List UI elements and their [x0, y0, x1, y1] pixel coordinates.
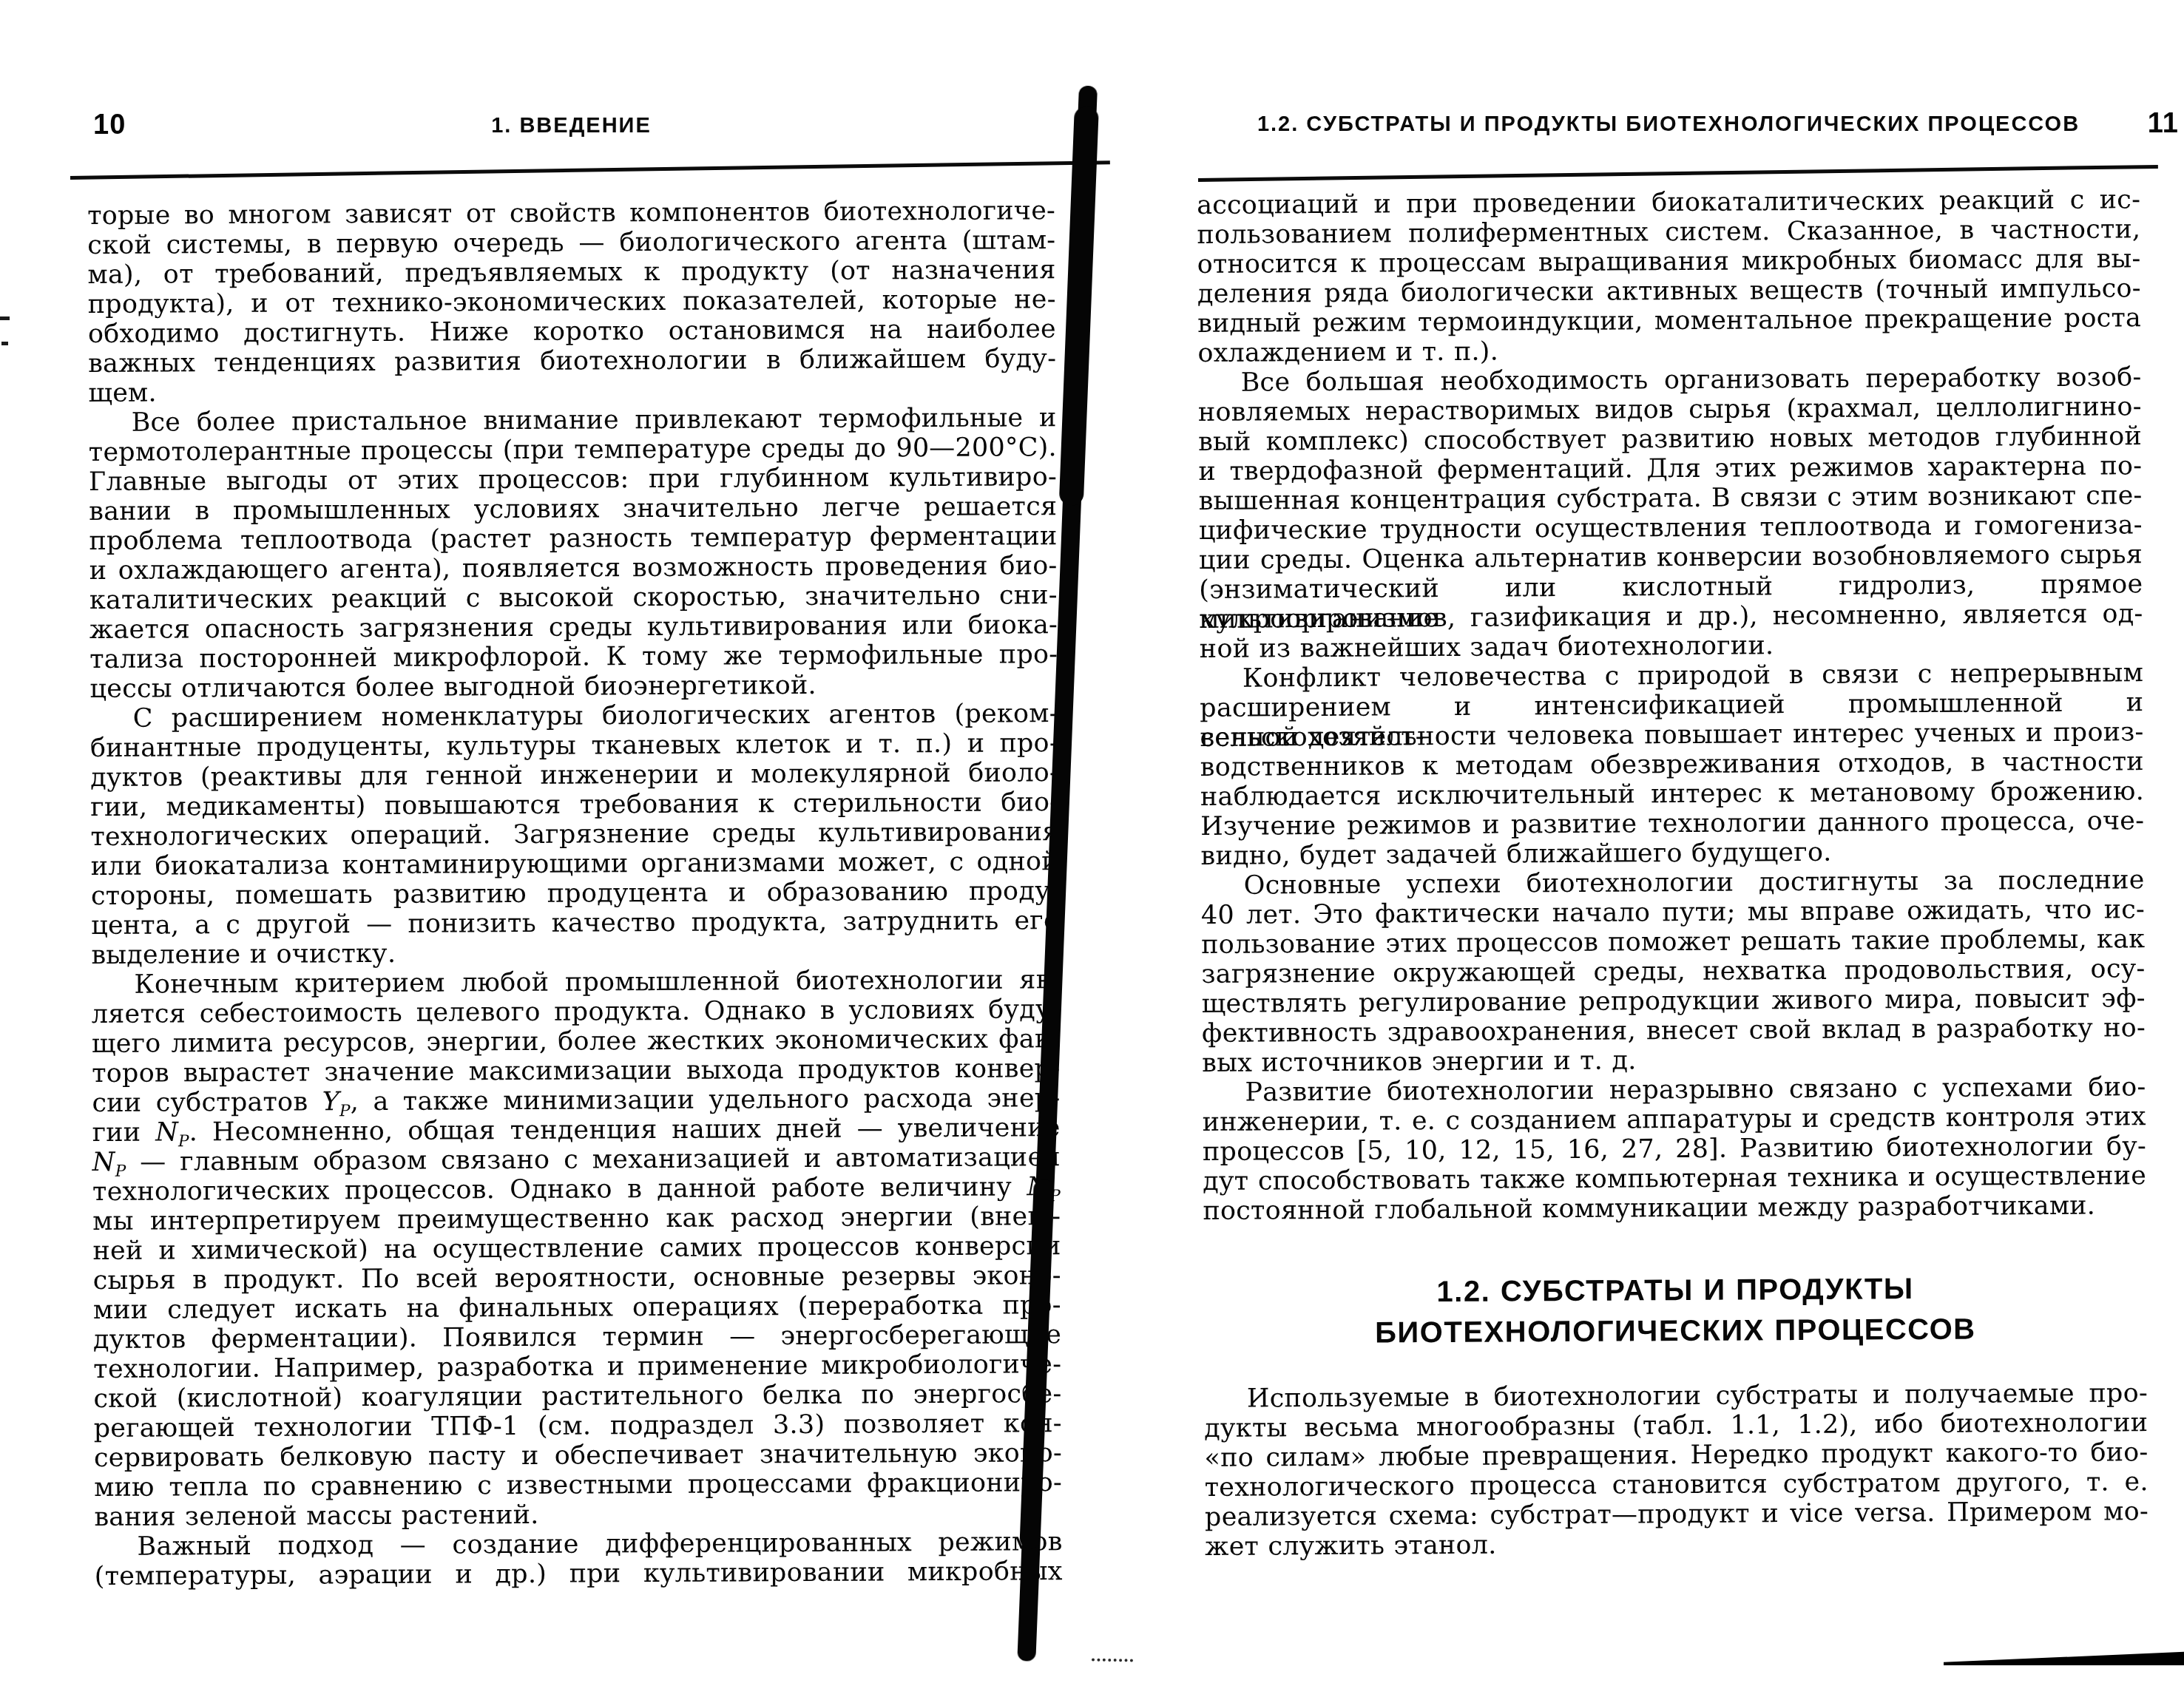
- text-line: микроорганизмов, газификация и др.), нес…: [1199, 599, 2143, 634]
- text-line: щем.: [88, 373, 1056, 408]
- text-line: тализа посторонней микрофлорой. К тому ж…: [89, 640, 1058, 674]
- text-line: торые во многом зависят от свойств компо…: [87, 196, 1055, 231]
- text-line: каталитических реакций с высокой скорост…: [89, 580, 1058, 615]
- text-line: гии, медикаменты) повышаются требования …: [90, 788, 1058, 822]
- text-line: регающей технологии ТПФ-1 (см. подраздел…: [94, 1409, 1062, 1443]
- page-11-body: ассоциаций и при проведении биокаталитич…: [1197, 185, 2148, 1562]
- text-line: и охлаждающего агента), появляется возмо…: [89, 551, 1058, 586]
- text-line: Все более пристальное внимание привлекаю…: [88, 403, 1056, 438]
- text-line: гии NP. Несомненно, общая тенденция наши…: [92, 1113, 1060, 1148]
- text-line: жается опасность загрязнения среды культ…: [89, 610, 1058, 645]
- page-number-right: 11: [2148, 108, 2179, 140]
- text-line: сервировать белковую пасту и обеспечивае…: [94, 1438, 1062, 1473]
- text-line: С расширением номенклатуры биологических…: [90, 699, 1058, 734]
- scan-speck: [0, 316, 10, 320]
- page-11-header: 1.2. СУБСТРАТЫ И ПРОДУКТЫ БИОТЕХНОЛОГИЧЕ…: [1197, 109, 2140, 139]
- text-line: ской (кислотной) коагуляции растительног…: [93, 1379, 1061, 1414]
- text-line: ней и химической) на осуществление самих…: [92, 1231, 1061, 1266]
- text-line: цента, а с другой — понизить качество пр…: [91, 906, 1059, 941]
- text-line: ляется себестоимость целевого продукта. …: [92, 995, 1060, 1029]
- text-line: фективность здравоохранения, внесет свой…: [1202, 1013, 2146, 1049]
- page-10-header: 10 1. ВВЕДЕНИЕ: [87, 111, 1055, 140]
- text-line: продукта), и от технико-экономических по…: [88, 285, 1056, 319]
- text-line: вания зеленой массы растений.: [94, 1497, 1062, 1532]
- text-line: сырья в продукт. По всей вероятности, ос…: [93, 1261, 1061, 1296]
- text-line: обходимо достигнуть. Ниже коротко остано…: [88, 314, 1056, 349]
- text-line: сии субстратов YP, а также минимизации у…: [92, 1083, 1060, 1118]
- page-10-body: торые во многом зависят от свойств компо…: [87, 196, 1063, 1591]
- text-line: цессы отличаются более выгодной биоэнерг…: [89, 669, 1058, 704]
- header-rule-right: [1198, 165, 2158, 182]
- scan-edge-streak: [1944, 1651, 2184, 1665]
- spine-bottom-dots: [1092, 1659, 1133, 1662]
- text-line: Конечным критерием любой промышленной би…: [91, 965, 1059, 1000]
- text-line: термотолерантные процессы (при температу…: [89, 433, 1057, 467]
- text-line: стороны, помешать развитию продуцента и …: [91, 876, 1059, 911]
- page-number-left: 10: [93, 109, 126, 141]
- text-line: вании в промышленных условиях значительн…: [89, 492, 1057, 527]
- section-heading: 1.2. СУБСТРАТЫ И ПРОДУКТЫБИОТЕХНОЛОГИЧЕС…: [1203, 1267, 2148, 1355]
- text-line: технологии. Например, разработка и приме…: [93, 1350, 1061, 1384]
- text-line: NP — главным образом связано с механизац…: [92, 1142, 1061, 1177]
- header-rule-left: [70, 160, 1110, 180]
- text-line: Важный подход — создание дифференцирован…: [94, 1527, 1062, 1562]
- text-line: постоянной глобальной коммуникации между…: [1203, 1191, 2146, 1226]
- text-line: (температуры, аэрации и др.) при культив…: [95, 1557, 1063, 1591]
- text-line: технологических процессов. Однако в данн…: [92, 1172, 1061, 1207]
- text-line: мы интерпретируем преимущественно как ра…: [92, 1202, 1061, 1236]
- section-heading-line: 1.2. СУБСТРАТЫ И ПРОДУКТЫ: [1203, 1267, 2147, 1314]
- text-line: видный режим термоиндукции, моментальное…: [1197, 303, 2141, 339]
- text-line: Изучение режимов и развитие технологии д…: [1200, 806, 2144, 842]
- text-line: технологических операций. Загрязнение ср…: [90, 817, 1058, 852]
- text-line: щего лимита ресурсов, энергии, более жес…: [92, 1024, 1060, 1059]
- running-head-right: 1.2. СУБСТРАТЫ И ПРОДУКТЫ БИОТЕХНОЛОГИЧЕ…: [1197, 109, 2140, 139]
- text-line: жет служить этанол.: [1205, 1526, 2148, 1562]
- text-line: мию тепла по сравнению с известными проц…: [94, 1468, 1062, 1503]
- text-line: важных тенденциях развития биотехнологии…: [88, 344, 1056, 379]
- text-line: или биокатализа контаминирующими организ…: [91, 847, 1059, 881]
- text-line: бинантные продуценты, культуры тканевых …: [90, 728, 1058, 763]
- text-line: дуктов ферментации). Появился термин — э…: [93, 1320, 1061, 1355]
- text-line: Главные выгоды от этих процессов: при гл…: [89, 462, 1057, 497]
- section-heading-line: БИОТЕХНОЛОГИЧЕСКИХ ПРОЦЕССОВ: [1203, 1308, 2147, 1355]
- text-line: выделение и очистку.: [91, 935, 1059, 970]
- text-line: торов вырастет значение максимизации вых…: [92, 1054, 1060, 1089]
- text-line: дуктов (реактивы для генной инженерии и …: [90, 758, 1058, 793]
- text-line: мии следует искать на финальных операция…: [93, 1290, 1061, 1325]
- text-line: проблема теплоотвода (растет разность те…: [89, 521, 1057, 556]
- text-line: ма), от требований, предъявляемых к прод…: [87, 255, 1055, 290]
- running-head-left: 1. ВВЕДЕНИЕ: [87, 111, 1055, 140]
- text-line: ской системы, в первую очередь — биологи…: [87, 226, 1055, 260]
- text-line: реализуется схема: субстрат—продукт и vi…: [1205, 1497, 2148, 1532]
- scan-speck: [1, 342, 8, 345]
